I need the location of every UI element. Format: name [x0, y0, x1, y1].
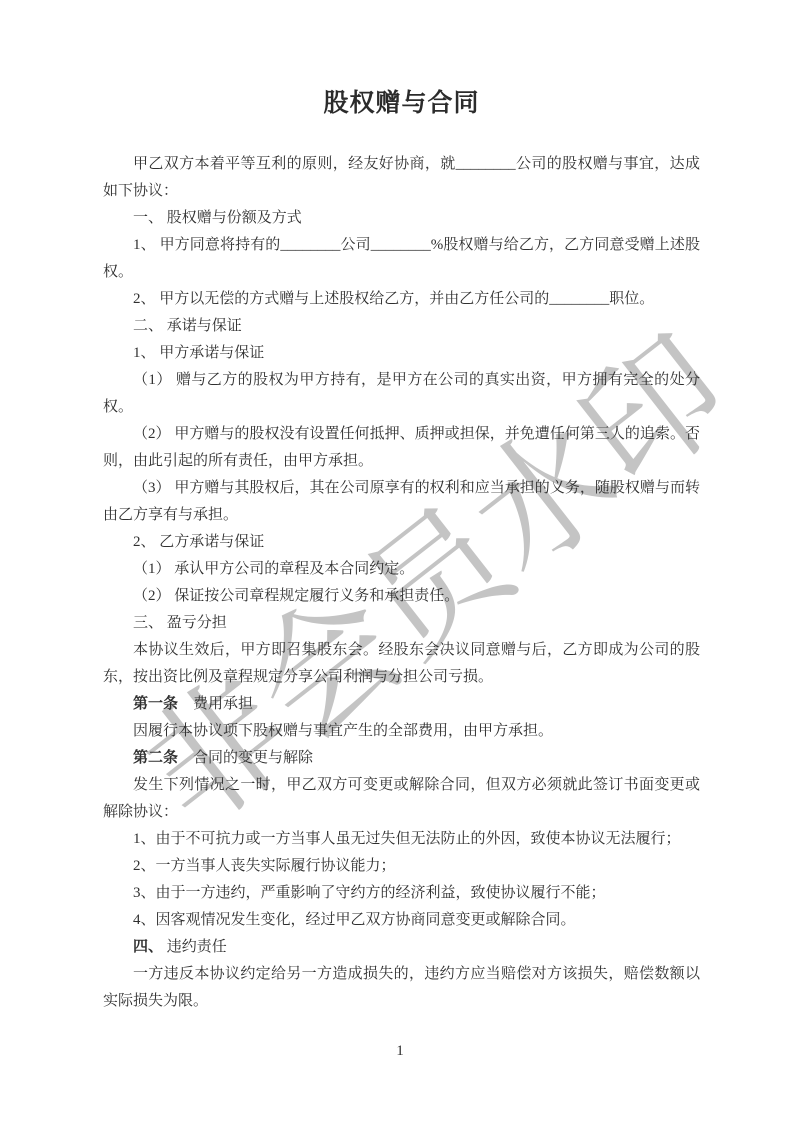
- paragraph: （1） 赠与乙方的股权为甲方持有，是甲方在公司的真实出资，甲方拥有完全的处分权。: [103, 367, 700, 421]
- paragraph-bold-prefix: 四、: [133, 939, 163, 955]
- paragraph: 四、 违约责任: [103, 934, 700, 961]
- paragraph: 第一条 费用承担: [103, 691, 700, 718]
- paragraph-bold-prefix: 第二条: [133, 750, 178, 766]
- paragraph-bold-prefix: 第一条: [133, 696, 178, 712]
- paragraph: 一、 股权赠与份额及方式: [103, 205, 700, 232]
- paragraph: 三、 盈亏分担: [103, 610, 700, 637]
- paragraph: （3） 甲方赠与其股权后，其在公司原享有的权利和应当承担的义务，随股权赠与而转由…: [103, 475, 700, 529]
- paragraph: 一方违反本协议约定给另一方造成损失的，违约方应当赔偿对方该损失，赔偿数额以实际损…: [103, 961, 700, 1015]
- paragraph: 1、 甲方承诺与保证: [103, 340, 700, 367]
- paragraph: 1、由于不可抗力或一方当事人虽无过失但无法防止的外因，致使本协议无法履行；: [103, 826, 700, 853]
- paragraph: 2、一方当事人丧失实际履行协议能力；: [103, 853, 700, 880]
- document-page: 非会员水印 股权赠与合同 甲乙双方本着平等互利的原则，经友好协商，就______…: [0, 0, 800, 1131]
- paragraph: 发生下列情况之一时，甲乙双方可变更或解除合同，但双方必须就此签订书面变更或解除协…: [103, 772, 700, 826]
- page-number: 1: [0, 1041, 800, 1061]
- paragraph: 二、 承诺与保证: [103, 313, 700, 340]
- paragraph: 2、 乙方承诺与保证: [103, 529, 700, 556]
- paragraph: 3、由于一方违约，严重影响了守约方的经济利益，致使协议履行不能；: [103, 880, 700, 907]
- paragraph: （2） 保证按公司章程规定履行义务和承担责任。: [103, 583, 700, 610]
- paragraph: 第二条 合同的变更与解除: [103, 745, 700, 772]
- document-title: 股权赠与合同: [103, 86, 700, 120]
- paragraph: （2） 甲方赠与的股权没有设置任何抵押、质押或担保，并免遭任何第三人的追索。否则…: [103, 421, 700, 475]
- paragraph: 甲乙双方本着平等互利的原则，经友好协商，就________公司的股权赠与事宜，达…: [103, 151, 700, 205]
- paragraph: 1、 甲方同意将持有的________公司________%股权赠与给乙方，乙方…: [103, 232, 700, 286]
- paragraph: （1） 承认甲方公司的章程及本合同约定。: [103, 556, 700, 583]
- document-body: 甲乙双方本着平等互利的原则，经友好协商，就________公司的股权赠与事宜，达…: [103, 151, 700, 1015]
- document-content: 股权赠与合同 甲乙双方本着平等互利的原则，经友好协商，就________公司的股…: [0, 0, 800, 1015]
- paragraph: 4、因客观情况发生变化，经过甲乙双方协商同意变更或解除合同。: [103, 907, 700, 934]
- paragraph: 因履行本协议项下股权赠与事宜产生的全部费用，由甲方承担。: [103, 718, 700, 745]
- paragraph: 本协议生效后，甲方即召集股东会。经股东会决议同意赠与后，乙方即成为公司的股东，按…: [103, 637, 700, 691]
- paragraph: 2、 甲方以无偿的方式赠与上述股权给乙方，并由乙方任公司的________职位。: [103, 286, 700, 313]
